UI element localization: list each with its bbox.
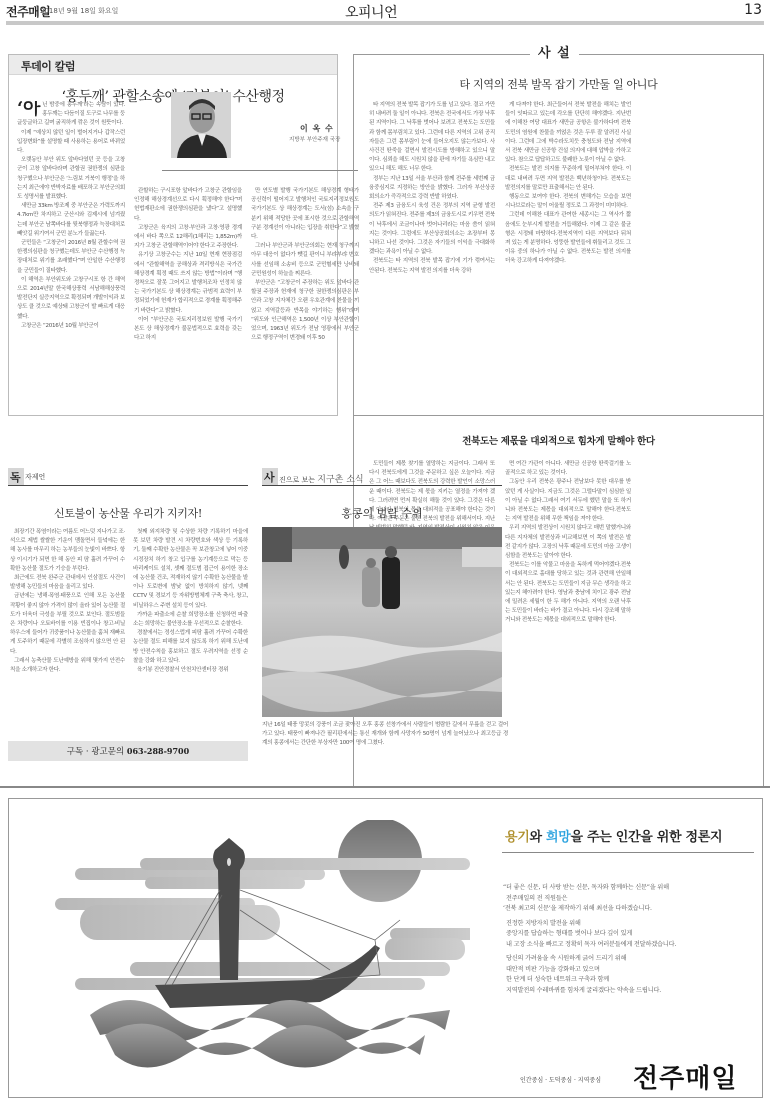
editorial-label: 사 설	[530, 42, 579, 61]
ad-divider	[502, 852, 754, 853]
reader-proposal-col-1: 최장기간 폭염이라는 여름도 어느덧 지나가고 조·석으로 제법 쌀쌀한 기운이…	[10, 528, 125, 736]
editorial-1-col-1: 타 지역의 전북 발목 잡기가 도를 넘고 있다. 결코 가만히 내버려 둘 일…	[369, 101, 495, 413]
subscription-contact-bar: 구독 · 광고문의 063-288-9700	[8, 741, 248, 761]
editorial-title-2: 전북도는 제몫을 대외적으로 힘차게 말해야 한다	[353, 433, 764, 447]
today-column-label: 투데이 칼럼	[21, 58, 75, 74]
editorial-1-col-2: 게 다져야 한다. 최근들어서 전북 발전을 해치는 발언들이 잇따르고 있는데…	[505, 101, 631, 413]
reader-proposal-header: 독 자제언	[8, 468, 248, 486]
author-divider	[162, 170, 358, 171]
flood-photo	[262, 527, 502, 717]
ad-paragraph-1: “더 좋은 신문, 더 사랑 받는 신문, 독자와 함께하는 신문”을 위해 전…	[503, 883, 763, 915]
ad-logo: 전주매일	[633, 1058, 737, 1095]
ad-slogan: 인간중심 · 도덕중심 · 지역중심	[520, 1075, 601, 1084]
masthead-page-number: 13	[744, 2, 762, 18]
reader-proposal-col-2: 첫째 외지차량 및 수상한 차량 기록하기 마을에 못 보던 차량 발견 시 차…	[133, 528, 248, 736]
pen-ship-on-waves-icon	[30, 820, 470, 1070]
ad-illustration	[30, 820, 470, 1070]
today-column-text-col-1: ‘아 닌 밤중에 홍두깨’라는 속담이 있다. 홍두깨는 다듬이질 도구로 나무…	[17, 101, 125, 413]
today-column-text-col-3: 만 연도별 발행 국가기본도 해상경계 형태가 공신력이 떨어지고 발행처인 국…	[251, 187, 359, 413]
ad-body-text: “더 좋은 신문, 더 사랑 받는 신문, 독자와 함께하는 신문”을 위해 전…	[503, 883, 763, 1000]
author-name: 이 옥 수	[300, 123, 334, 134]
photo-caption: 지난 16일 태풍 망콧의 강풍이 조금 잦아진 오후 홍콩 선창가에서 사람들…	[262, 721, 508, 749]
photo-news-header: 사 진으로 보는 지구촌 소식	[262, 468, 502, 486]
reader-proposal-byline: 육기봉 진안경찰서 안천치안센터장 경위	[133, 666, 248, 675]
masthead-date: 2018년 9월 18일 화요일	[40, 6, 118, 16]
editorial-2-col-2: 면 여간 가관이 아니다. 새만금 신공항 딴죽걸기를 노골적으로 하고 있는 …	[505, 460, 631, 780]
ad-headline-courage: 용기	[505, 830, 530, 845]
author-role: 지방부 부안주재 국장	[289, 135, 340, 143]
masthead-rule	[6, 21, 764, 25]
section-divider	[0, 786, 770, 788]
photo-news-title: 홍콩의 범람 수위	[262, 505, 502, 521]
ad-paragraph-3: 당신의 가려움을 속 시원하게 긁어 드리기 위해 대안적 비판 기능을 강화하…	[503, 954, 763, 996]
author-portrait-icon	[171, 92, 231, 158]
contact-phone: 063-288-9700	[127, 746, 189, 756]
ad-paragraph-2: 진정한 지방자치 발전을 위해 중앙지를 답습하는 형태를 벗어나 보다 깊이 …	[503, 919, 763, 951]
dropcap: ‘아	[17, 101, 40, 117]
today-column-text-col-2: 관할하는 구시포항 앞바다가 고창군 관할임을 인정해 해상경계선으로 다시 획…	[134, 187, 242, 413]
masthead-section: 오피니언	[345, 2, 397, 22]
flood-scene-icon	[262, 527, 502, 717]
today-column-header: 투데이 칼럼	[9, 55, 337, 75]
editorial-title-1: 타 지역의 전북 발목 잡기 가만둘 일 아니다	[353, 76, 764, 92]
contact-label: 구독 · 광고문의	[67, 747, 124, 757]
ad-headline: 용기와 희망을 주는 인간을 위한 정론지	[505, 826, 722, 845]
ad-headline-hope: 희망	[546, 830, 571, 845]
author-photo	[171, 92, 231, 158]
reader-proposal-title: 신토불이 농산물 우리가 지키자!	[8, 505, 248, 521]
